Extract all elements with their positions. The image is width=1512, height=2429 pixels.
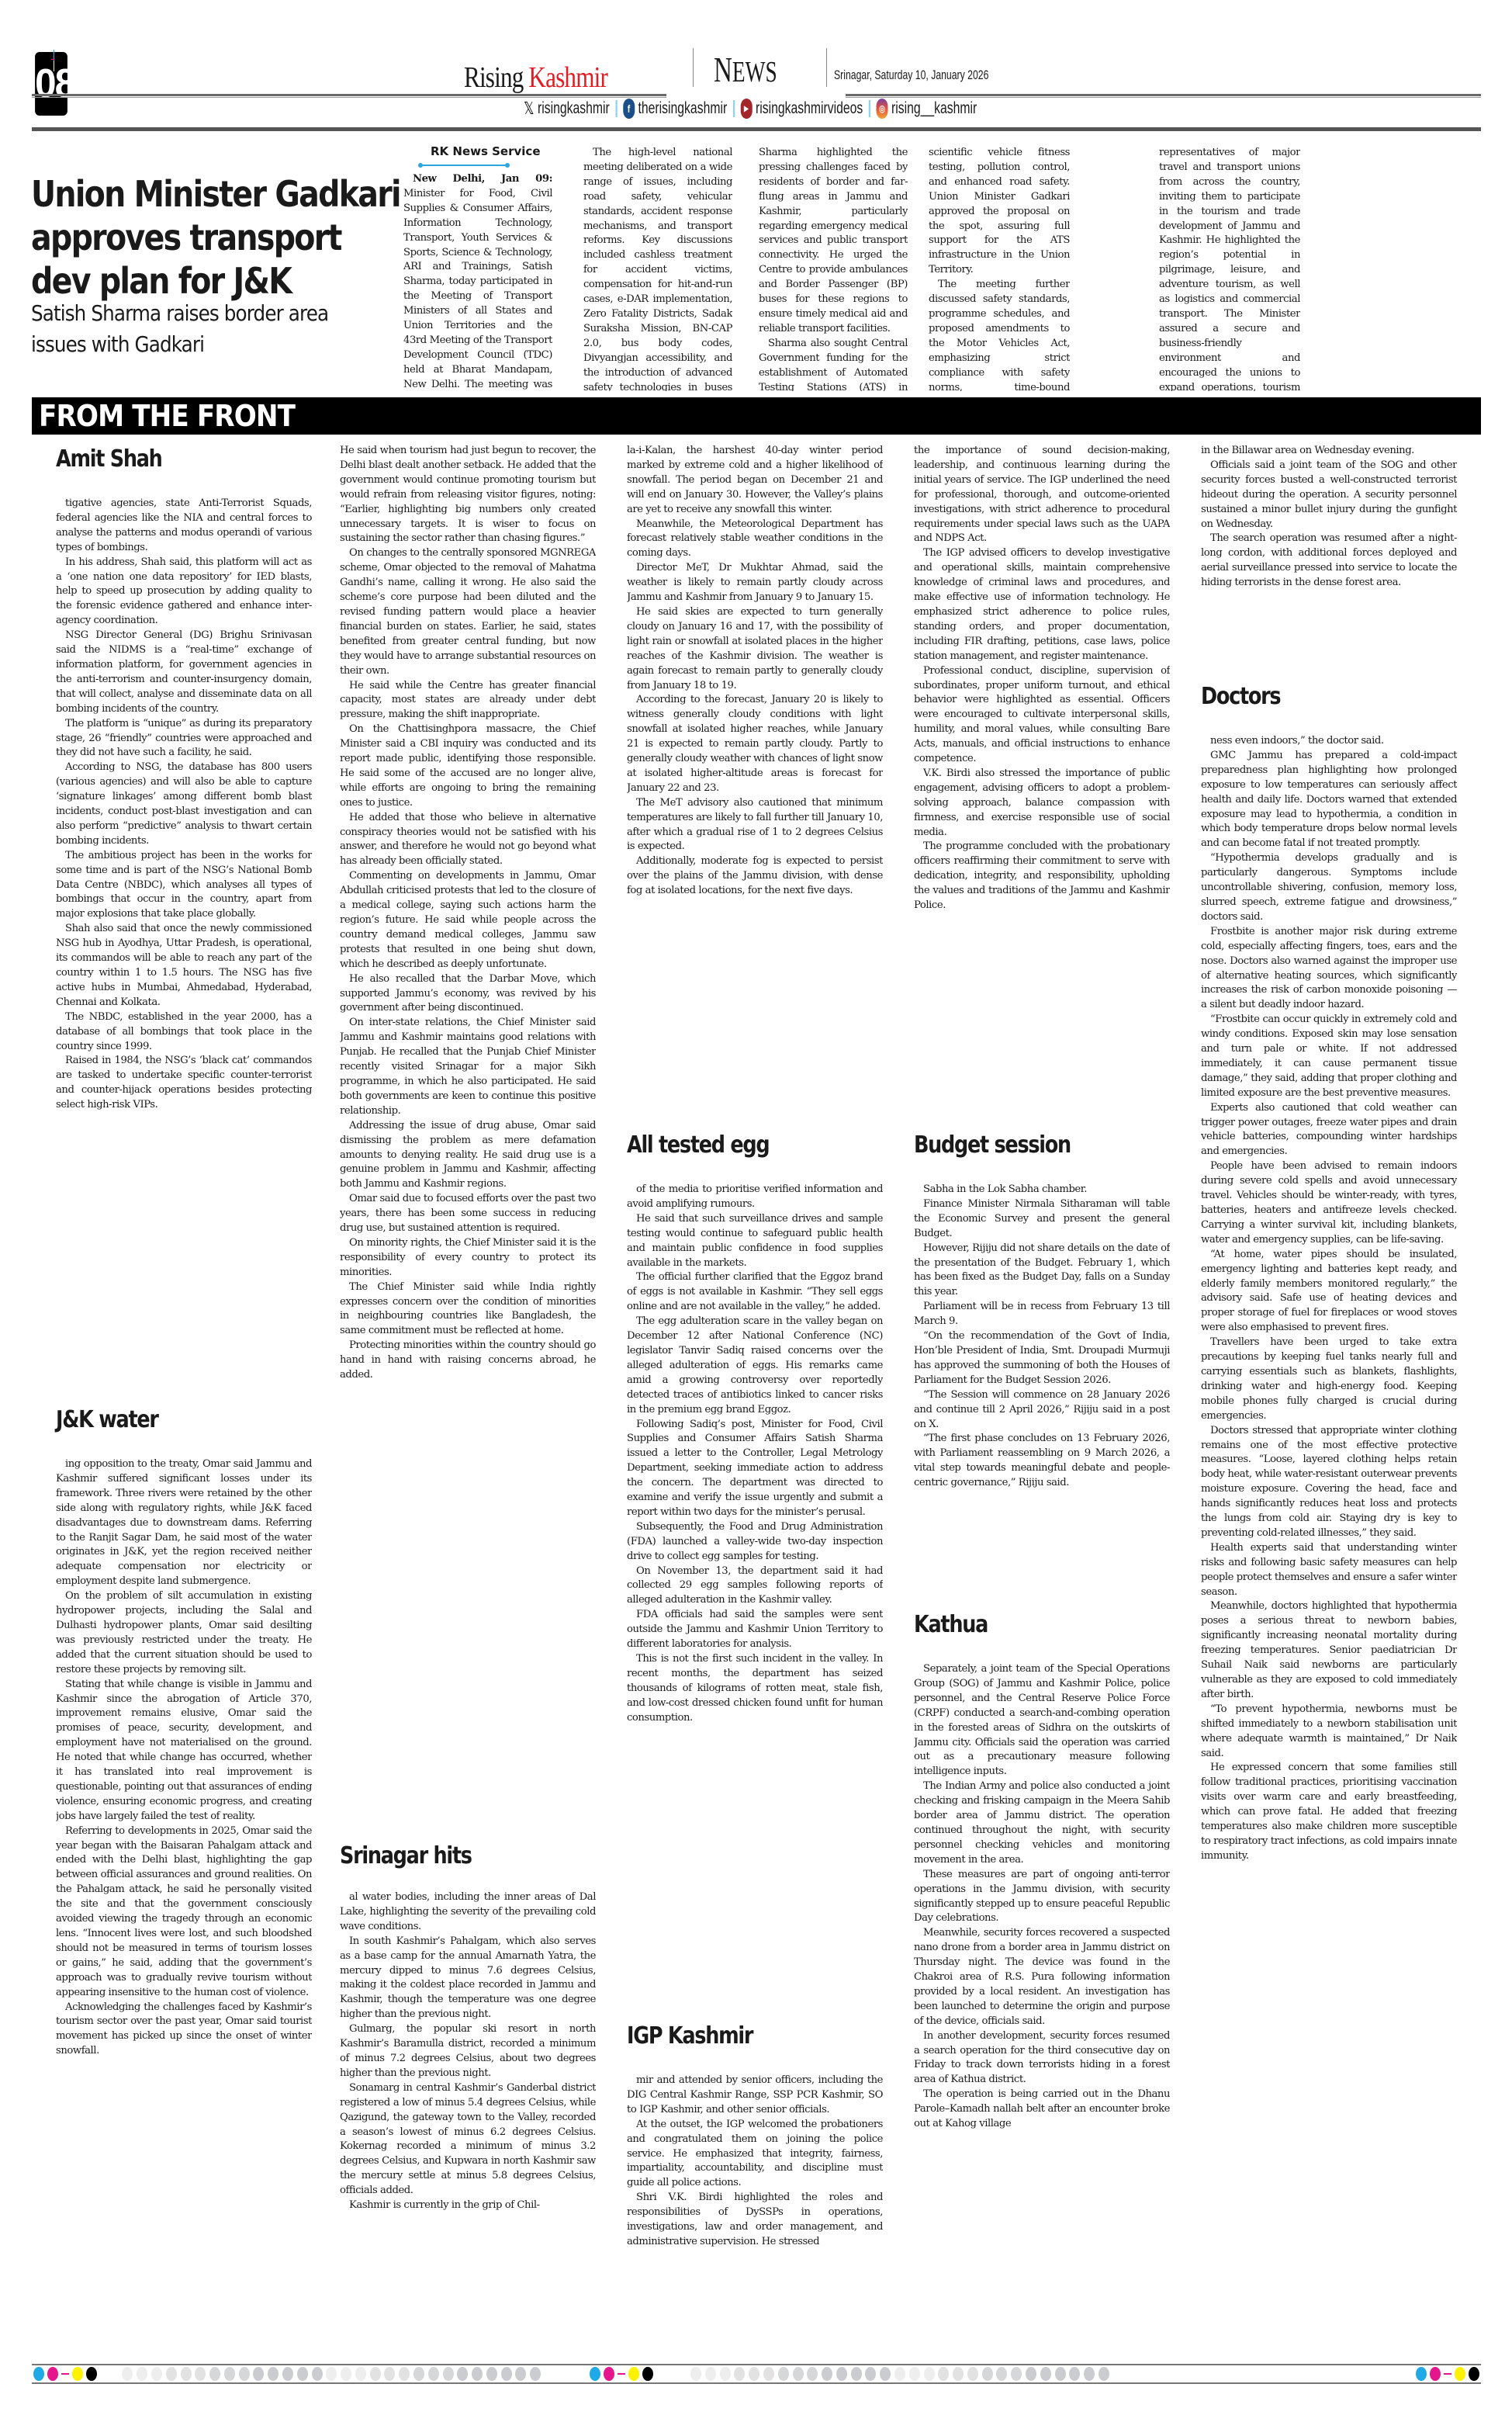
grey-swatch-icon (822, 2367, 832, 2381)
paragraph: On changes to the centrally sponsored MG… (340, 546, 596, 678)
paragraph: The high-level national meeting delibera… (583, 146, 732, 391)
magenta-swatch-icon (47, 2367, 58, 2381)
social-handle-instagram[interactable]: rising__kashmir (891, 99, 977, 118)
paragraph: NSG Director General (DG) Brighu Sriniva… (56, 629, 312, 716)
paragraph: The Indian Army and police also conducte… (914, 1779, 1170, 1867)
paragraph: The MeT advisory also cautioned that min… (627, 796, 883, 855)
paragraph: In another development, security forces … (914, 2029, 1170, 2088)
registration-mark-icon (51, 50, 57, 71)
masthead-bottom-rule (32, 127, 1481, 131)
grey-swatch-icon (1026, 2367, 1036, 2381)
grey-swatch-icon (137, 2367, 147, 2381)
paragraph: la-i-Kalan, the harshest 40-day winter p… (627, 444, 883, 518)
paragraph: He expressed concern that some families … (1201, 1761, 1457, 1863)
grey-swatch-icon (428, 2367, 439, 2381)
paragraph: Acknowledging the challenges faced by Ka… (56, 2001, 312, 2060)
paragraph: Minister for Food, Civil Supplies & Cons… (403, 188, 552, 391)
paragraph: Stating that while change is visible in … (56, 1678, 312, 1824)
grey-swatch-icon (690, 2367, 701, 2381)
yellow-swatch-icon (1455, 2367, 1465, 2381)
paragraph: In south Kashmir’s Pahalgam, which also … (340, 1935, 596, 2022)
paragraph: Shah also said that once the newly commi… (56, 922, 312, 1010)
grey-swatch-icon (894, 2367, 905, 2381)
grey-swatch-icon (122, 2367, 133, 2381)
grey-swatch-icon (253, 2367, 264, 2381)
paragraph: Health experts said that understanding w… (1201, 1541, 1457, 1600)
paragraph: the importance of sound decision-making,… (914, 444, 1170, 546)
paragraph: “On the recommendation of the Govt of In… (914, 1329, 1170, 1388)
social-handle-youtube[interactable]: risingkashmirvideos (756, 99, 863, 118)
grey-swatch-icon (370, 2367, 381, 2381)
grey-swatch-icon (1055, 2367, 1066, 2381)
story-body-kathua-continued: in the Billawar area on Wednesday evenin… (1201, 444, 1457, 661)
top-story-headline[interactable]: Union Minister Gadkari approves transpor… (31, 172, 344, 303)
byline-underline (420, 165, 508, 166)
paragraph: scientific vehicle fitness testing, poll… (929, 146, 1070, 278)
divider (826, 48, 827, 87)
registration-mark-icon (618, 2373, 625, 2375)
paragraph: He said when tourism had just begun to r… (340, 444, 596, 546)
issue-dateline: Srinagar, Saturday 10, January 2026 (834, 68, 988, 83)
paragraph: People have been advised to remain indoo… (1201, 1159, 1457, 1247)
story-body-doctors: ness even indoors,” the doctor said. GMC… (1201, 734, 1457, 2338)
story-body-srinagar-hits: al water bodies, including the inner are… (340, 1890, 596, 2338)
paragraph: Parliament will be in recess from Februa… (914, 1300, 1170, 1329)
paragraph: Subsequently, the Food and Drug Administ… (627, 1520, 883, 1564)
grey-swatch-icon (195, 2367, 206, 2381)
story-kicker-budget-session[interactable]: Budget session (914, 1131, 1071, 1159)
grey-swatch-icon (443, 2367, 454, 2381)
paragraph: According to the forecast, January 20 is… (627, 693, 883, 795)
paragraph: Shri V.K. Birdi highlighted the roles an… (627, 2191, 883, 2250)
grey-swatch-icon (384, 2367, 395, 2381)
paragraph: The meeting further discussed safety sta… (929, 278, 1070, 391)
cyan-swatch-icon (590, 2367, 600, 2381)
grey-swatch-icon (1040, 2367, 1051, 2381)
paragraph: Sonamarg in central Kashmir’s Ganderbal … (340, 2081, 596, 2199)
grey-swatch-icon (268, 2367, 279, 2381)
grey-swatch-icon (326, 2367, 337, 2381)
paragraph: “The Session will commence on 28 January… (914, 1388, 1170, 1433)
grey-swatch-icon (807, 2367, 818, 2381)
paragraph: GMC Jammu has prepared a cold-impact pre… (1201, 749, 1457, 851)
social-handle-x[interactable]: risingkashmir (538, 99, 610, 118)
divider (615, 100, 617, 117)
paragraph: He said while the Centre has greater fin… (340, 679, 596, 723)
paragraph: “Hypothermia develops gradually and is p… (1201, 851, 1457, 925)
story-body-kathua: Separately, a joint team of the Special … (914, 1662, 1170, 2338)
paragraph: Sabha in the Lok Sabha chamber. (914, 1183, 1170, 1197)
paragraph: On inter-state relations, the Chief Mini… (340, 1016, 596, 1118)
grey-swatch-icon (312, 2367, 323, 2381)
grey-swatch-icon (515, 2367, 526, 2381)
grey-swatch-icon (851, 2367, 862, 2381)
story-body-budget-session: Sabha in the Lok Sabha chamber. Finance … (914, 1183, 1170, 1598)
paragraph: Separately, a joint team of the Special … (914, 1662, 1170, 1779)
grey-swatch-icon (938, 2367, 949, 2381)
divider (693, 48, 694, 87)
grey-swatch-icon (530, 2367, 541, 2381)
masthead-rule-right (846, 94, 1481, 98)
paragraph: Officials said a joint team of the SOG a… (1201, 459, 1457, 532)
paragraph: Referring to developments in 2025, Omar … (56, 1824, 312, 2001)
grey-swatch-icon (209, 2367, 220, 2381)
paragraph: Additionally, moderate fog is expected t… (627, 854, 883, 899)
grey-swatch-icon (996, 2367, 1007, 2381)
paragraph: On the Chattisinghpora massacre, the Chi… (340, 722, 596, 810)
paragraph: Following Sadiq’s post, Minister for Foo… (627, 1418, 883, 1520)
cyan-swatch-icon (33, 2367, 44, 2381)
print-color-bar (32, 2364, 1481, 2384)
grey-swatch-icon (924, 2367, 935, 2381)
instagram-icon: ◎ (877, 99, 888, 119)
grey-swatch-icon (399, 2367, 410, 2381)
grey-swatch-icon (720, 2367, 731, 2381)
grey-swatch-icon (224, 2367, 235, 2381)
news-initial: N (714, 50, 732, 89)
paragraph: He said that such surveillance drives an… (627, 1212, 883, 1271)
grey-swatch-icon (793, 2367, 804, 2381)
paragraph: representatives of major travel and tran… (1159, 146, 1300, 391)
grey-swatch-icon (1011, 2367, 1022, 2381)
grey-swatch-icon (1084, 2367, 1095, 2381)
masthead-rule-left (32, 94, 666, 98)
grey-swatch-icon (836, 2367, 847, 2381)
facebook-icon: f (623, 99, 635, 119)
grey-swatch-icon (166, 2367, 177, 2381)
registration-mark-icon (1444, 2373, 1451, 2375)
section-title: FROM THE FRONT (39, 400, 295, 431)
paragraph: The platform is “unique” as during its p… (56, 717, 312, 761)
story-kicker-igp-kashmir[interactable]: IGP Kashmir (627, 2022, 753, 2050)
story-body-amit-shah: tigative agencies, state Anti-Terrorist … (56, 497, 312, 1401)
divider (733, 100, 735, 117)
grey-swatch-icon (457, 2367, 468, 2381)
paragraph: According to NSG, the database has 800 u… (56, 761, 312, 848)
brand-second: Kashmir (528, 61, 607, 94)
paragraph: Director MeT, Dr Mukhtar Ahmad, said the… (627, 561, 883, 605)
cyan-swatch-icon (1416, 2367, 1427, 2381)
paragraph: He also recalled that the Darbar Move, w… (340, 972, 596, 1017)
paragraph: in the Billawar area on Wednesday evenin… (1201, 444, 1457, 459)
grey-swatch-icon (865, 2367, 876, 2381)
magenta-swatch-icon (604, 2367, 614, 2381)
grey-swatch-icon (297, 2367, 308, 2381)
paragraph: “The first phase concludes on 13 Februar… (914, 1432, 1170, 1491)
paragraph: Protecting minorities within the country… (340, 1339, 596, 1383)
grey-swatch-icon (1069, 2367, 1080, 2381)
grey-swatch-icon (734, 2367, 745, 2381)
grey-swatch-icon (501, 2367, 512, 2381)
paragraph: The official further clarified that the … (627, 1270, 883, 1315)
byline: RK News Service (431, 144, 541, 158)
paragraph: ing opposition to the treaty, Omar said … (56, 1457, 312, 1589)
grey-swatch-icon (472, 2367, 483, 2381)
brand-first: Rising (464, 61, 523, 94)
grey-swatch-icon (486, 2367, 497, 2381)
grey-swatch-icon (413, 2367, 424, 2381)
story-body-igp-kashmir-continued: the importance of sound decision-making,… (914, 444, 1170, 1053)
headline-line: Union Minister Gadkari (31, 172, 344, 216)
headline-line: approves transport (31, 216, 344, 259)
paragraph: The programme concluded with the probati… (914, 840, 1170, 913)
paragraph: Meanwhile, security forces recovered a s… (914, 1926, 1170, 2029)
headline-line: dev plan for J&K (31, 259, 344, 303)
paragraph: Doctors stressed that appropriate winter… (1201, 1424, 1457, 1541)
story-kicker-jk-water[interactable]: J&K water (56, 1406, 158, 1433)
grey-swatch-icon (341, 2367, 351, 2381)
paragraph: “To prevent hypothermia, newborns must b… (1201, 1703, 1457, 1762)
paragraph: These measures are part of ongoing anti-… (914, 1868, 1170, 1927)
paragraph: Raised in 1984, the NSG’s ‘black cat’ co… (56, 1054, 312, 1113)
paragraph: The NBDC, established in the year 2000, … (56, 1010, 312, 1055)
brand-logo[interactable]: Rising Kashmir (464, 61, 607, 95)
grey-swatch-icon (1099, 2367, 1109, 2381)
paragraph: FDA officials had said the samples were … (627, 1608, 883, 1652)
paragraph: The Chief Minister said while India righ… (340, 1280, 596, 1339)
dateline-lead: New Delhi, Jan 09: (413, 173, 552, 185)
top-story-column-3: Sharma highlighted the pressing challeng… (759, 146, 908, 391)
paragraph: of the media to prioritise verified info… (627, 1183, 883, 1212)
paragraph: Kashmir is currently in the grip of Chil… (340, 2199, 596, 2213)
grey-swatch-icon (763, 2367, 774, 2381)
story-kicker-amit-shah[interactable]: Amit Shah (56, 445, 162, 473)
yellow-swatch-icon (628, 2367, 639, 2381)
paragraph: The operation is being carried out in th… (914, 2088, 1170, 2132)
paragraph: Sharma also sought Central Government fu… (759, 337, 908, 391)
paragraph: Commenting on developments in Jammu, Oma… (340, 869, 596, 972)
social-handle-facebook[interactable]: therisingkashmir (638, 99, 728, 118)
grey-swatch-icon (181, 2367, 192, 2381)
paragraph: He said skies are expected to turn gener… (627, 605, 883, 693)
top-story-column-2: The high-level national meeting delibera… (583, 146, 732, 391)
paragraph: “At home, water pipes should be insulate… (1201, 1248, 1457, 1336)
paragraph: Sharma highlighted the pressing challeng… (759, 146, 908, 337)
grey-swatch-icon (705, 2367, 716, 2381)
story-body-jk-water-continued: He said when tourism had just begun to r… (340, 444, 596, 1697)
paragraph: V.K. Birdi also stressed the importance … (914, 767, 1170, 840)
paragraph: The egg adulteration scare in the valley… (627, 1315, 883, 1417)
top-story-column-4: scientific vehicle fitness testing, poll… (929, 146, 1070, 391)
x-logo-icon: 𝕏 (524, 99, 535, 119)
story-kicker-doctors[interactable]: Doctors (1201, 683, 1280, 710)
top-story-column-5: representatives of major travel and tran… (1159, 146, 1300, 391)
paragraph: This is not the first such incident in t… (627, 1652, 883, 1726)
paragraph: The search operation was resumed after a… (1201, 532, 1457, 591)
paragraph: Finance Minister Nirmala Sitharaman will… (914, 1197, 1170, 1242)
grey-swatch-icon (982, 2367, 993, 2381)
paragraph: Omar said due to focused efforts over th… (340, 1192, 596, 1236)
news-rest: EWS (732, 56, 777, 88)
story-body-srinagar-hits-continued: la-i-Kalan, the harshest 40-day winter p… (627, 444, 883, 1065)
grey-swatch-icon (909, 2367, 920, 2381)
story-kicker-kathua[interactable]: Kathua (914, 1611, 988, 1638)
story-kicker-all-tested-egg[interactable]: All tested egg (627, 1131, 769, 1159)
youtube-icon: ▶ (740, 99, 752, 119)
paragraph: He added that those who believe in alter… (340, 811, 596, 870)
story-kicker-srinagar-hits[interactable]: Srinagar hits (340, 1842, 472, 1869)
story-body-jk-water: ing opposition to the treaty, Omar said … (56, 1457, 312, 2338)
story-body-igp-kashmir: mir and attended by senior officers, inc… (627, 2074, 883, 2338)
paragraph: “Frostbite can occur quickly in extremel… (1201, 1013, 1457, 1100)
paragraph: The IGP advised officers to develop inve… (914, 546, 1170, 664)
grey-swatch-icon (749, 2367, 759, 2381)
paragraph: On November 13, the department said it h… (627, 1564, 883, 1609)
grey-swatch-icon (953, 2367, 964, 2381)
paragraph: Travellers have been urged to take extra… (1201, 1336, 1457, 1423)
grey-swatch-icon (151, 2367, 162, 2381)
paragraph: Addressing the issue of drug abuse, Omar… (340, 1119, 596, 1193)
paragraph: Meanwhile, doctors highlighted that hypo… (1201, 1599, 1457, 1702)
paragraph: In his address, Shah said, this platform… (56, 556, 312, 629)
grey-swatch-icon (282, 2367, 293, 2381)
divider (869, 100, 870, 117)
grey-swatch-icon (967, 2367, 978, 2381)
paragraph: Experts also cautioned that cold weather… (1201, 1101, 1457, 1160)
section-label-news: NEWS (714, 49, 777, 90)
paragraph: On the problem of silt accumulation in e… (56, 1589, 312, 1677)
subhead-line: issues with Gadkari (31, 329, 328, 360)
subhead-line: Satish Sharma raises border area (31, 298, 328, 329)
paragraph: ness even indoors,” the doctor said. (1201, 734, 1457, 749)
paragraph: al water bodies, including the inner are… (340, 1890, 596, 1935)
paragraph: However, Rijiju did not share details on… (914, 1242, 1170, 1301)
grey-swatch-icon (880, 2367, 891, 2381)
paragraph: mir and attended by senior officers, inc… (627, 2074, 883, 2118)
paragraph: On minority rights, the Chief Minister s… (340, 1236, 596, 1280)
story-body-all-tested-egg: of the media to prioritise verified info… (627, 1183, 883, 2063)
top-story-subhead: Satish Sharma raises border area issues … (31, 298, 328, 360)
paragraph: The ambitious project has been in the wo… (56, 849, 312, 923)
black-swatch-icon (1469, 2367, 1479, 2381)
yellow-swatch-icon (72, 2367, 83, 2381)
paragraph: Meanwhile, the Meteorological Department… (627, 518, 883, 562)
paragraph: Frostbite is another major risk during e… (1201, 925, 1457, 1013)
grey-swatch-icon (355, 2367, 366, 2381)
paragraph: At the outset, the IGP welcomed the prob… (627, 2118, 883, 2192)
paragraph: Professional conduct, discipline, superv… (914, 664, 1170, 767)
black-swatch-icon (86, 2367, 97, 2381)
top-story-column-1: New Delhi, Jan 09: Minister for Food, Ci… (403, 172, 552, 391)
social-links: 𝕏 risingkashmir f therisingkashmir ▶ ris… (524, 99, 977, 119)
black-swatch-icon (642, 2367, 653, 2381)
grey-swatch-icon (778, 2367, 789, 2381)
magenta-swatch-icon (1430, 2367, 1441, 2381)
grey-swatch-icon (239, 2367, 250, 2381)
paragraph: Gulmarg, the popular ski resort in north… (340, 2022, 596, 2081)
registration-mark-icon (61, 2373, 69, 2375)
paragraph: tigative agencies, state Anti-Terrorist … (56, 497, 312, 556)
